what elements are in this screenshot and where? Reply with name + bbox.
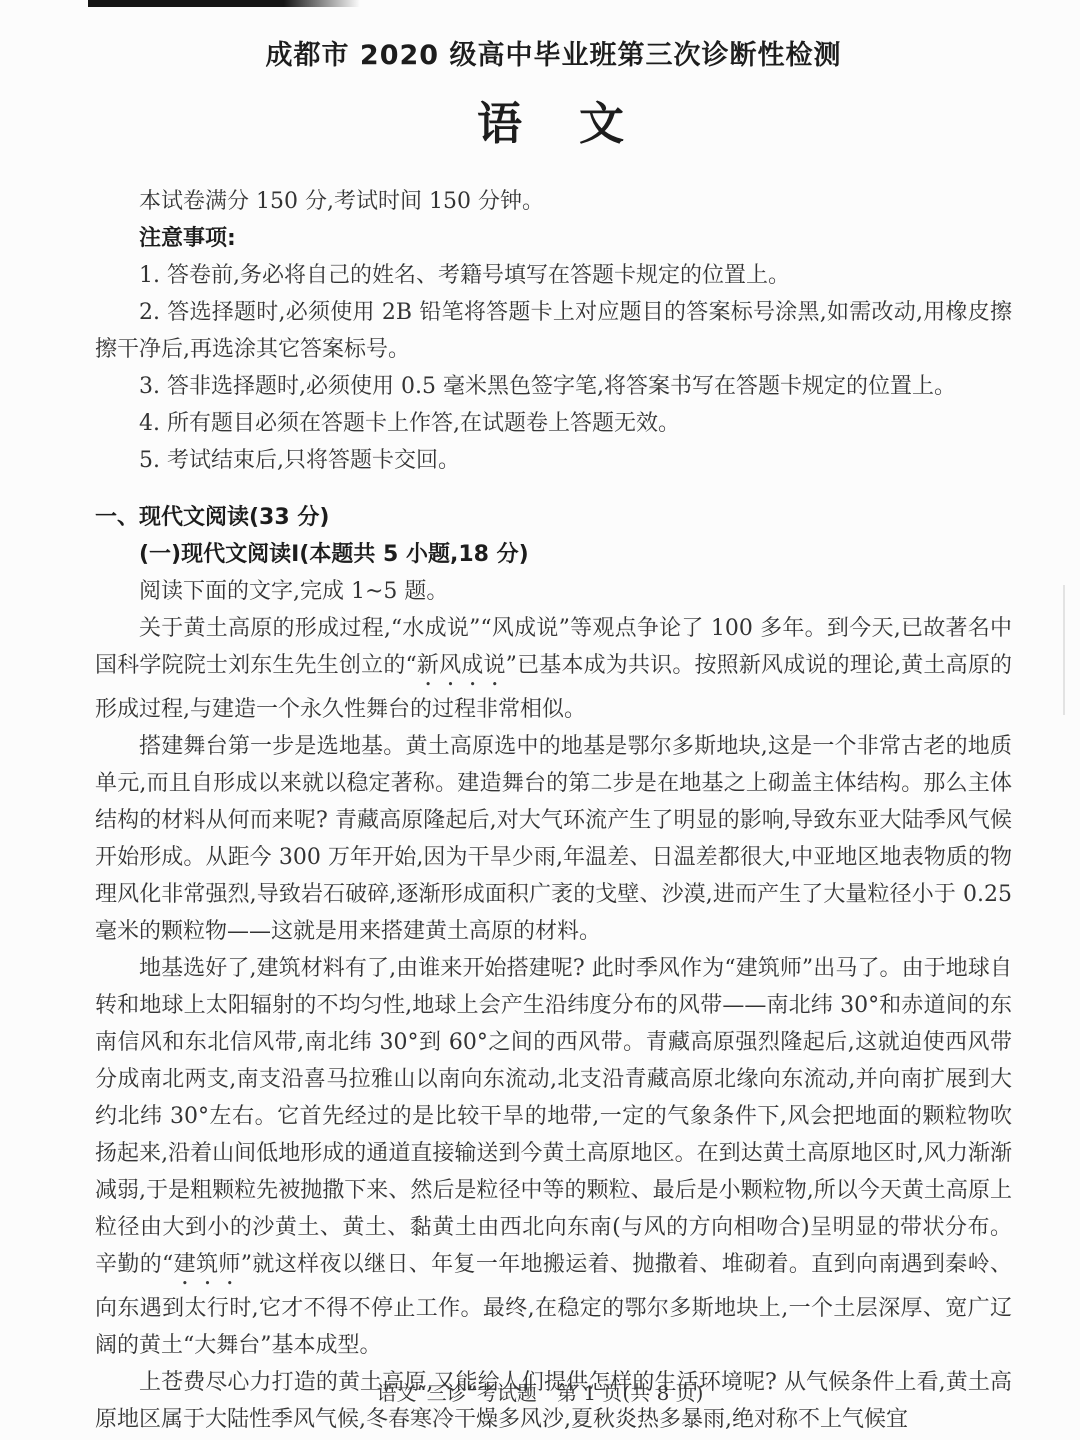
text-run: 地基选好了,建筑材料有了,由谁来开始搭建呢? 此时季风作为“建筑师”出马了。由于…	[95, 956, 1012, 1277]
reading-section: 一、现代文阅读(33 分) (一)现代文阅读Ⅰ(本题共 5 小题,18 分) 阅…	[95, 499, 1012, 1438]
exam-info: 本试卷满分 150 分,考试时间 150 分钟。	[95, 183, 1012, 220]
notice-item: 3. 答非选择题时,必须使用 0.5 毫米黑色签字笔,将答案书写在答题卡规定的位…	[95, 368, 1012, 405]
subject-title: 语 文	[95, 97, 1012, 151]
reading-instruction: 阅读下面的文字,完成 1~5 题。	[95, 573, 1012, 610]
page-title: 成都市 2020 级高中毕业班第三次诊断性检测	[95, 38, 1012, 73]
reading-paragraph: 关于黄土高原的形成过程,“水成说”“风成说”等观点争论了 100 多年。到今天,…	[95, 610, 1012, 728]
scan-artifact-bar	[88, 0, 360, 7]
page-footer: 语文“三诊”考试题 第 1 页(共 8 页)	[0, 1377, 1080, 1406]
notice-item: 1. 答卷前,务必将自己的姓名、考籍号填写在答题卡规定的位置上。	[95, 257, 1012, 294]
notice-heading: 注意事项:	[95, 220, 1012, 257]
reading-paragraph: 搭建舞台第一步是选地基。黄土高原选中的地基是鄂尔多斯地块,这是一个非常古老的地质…	[95, 728, 1012, 950]
scan-artifact-edge	[1063, 585, 1065, 715]
section-subheading: (一)现代文阅读Ⅰ(本题共 5 小题,18 分)	[95, 536, 1012, 573]
emphasized-text: 新风成说	[417, 653, 506, 678]
exam-page: 成都市 2020 级高中毕业班第三次诊断性检测 语 文 本试卷满分 150 分,…	[0, 0, 1080, 1438]
notice-list: 1. 答卷前,务必将自己的姓名、考籍号填写在答题卡规定的位置上。 2. 答选择题…	[95, 257, 1012, 479]
notice-item: 4. 所有题目必须在答题卡上作答,在试题卷上答题无效。	[95, 405, 1012, 442]
notice-item: 2. 答选择题时,必须使用 2B 铅笔将答题卡上对应题目的答案标号涂黑,如需改动…	[95, 294, 1012, 368]
text-run: 搭建舞台第一步是选地基。黄土高原选中的地基是鄂尔多斯地块,这是一个非常古老的地质…	[95, 734, 1012, 944]
reading-paragraph: 地基选好了,建筑材料有了,由谁来开始搭建呢? 此时季风作为“建筑师”出马了。由于…	[95, 950, 1012, 1364]
emphasized-text: 建筑师	[173, 1252, 240, 1277]
front-matter: 本试卷满分 150 分,考试时间 150 分钟。 注意事项: 1. 答卷前,务必…	[95, 183, 1012, 1438]
section-heading: 一、现代文阅读(33 分)	[95, 499, 1012, 536]
notice-item: 5. 考试结束后,只将答题卡交回。	[95, 442, 1012, 479]
